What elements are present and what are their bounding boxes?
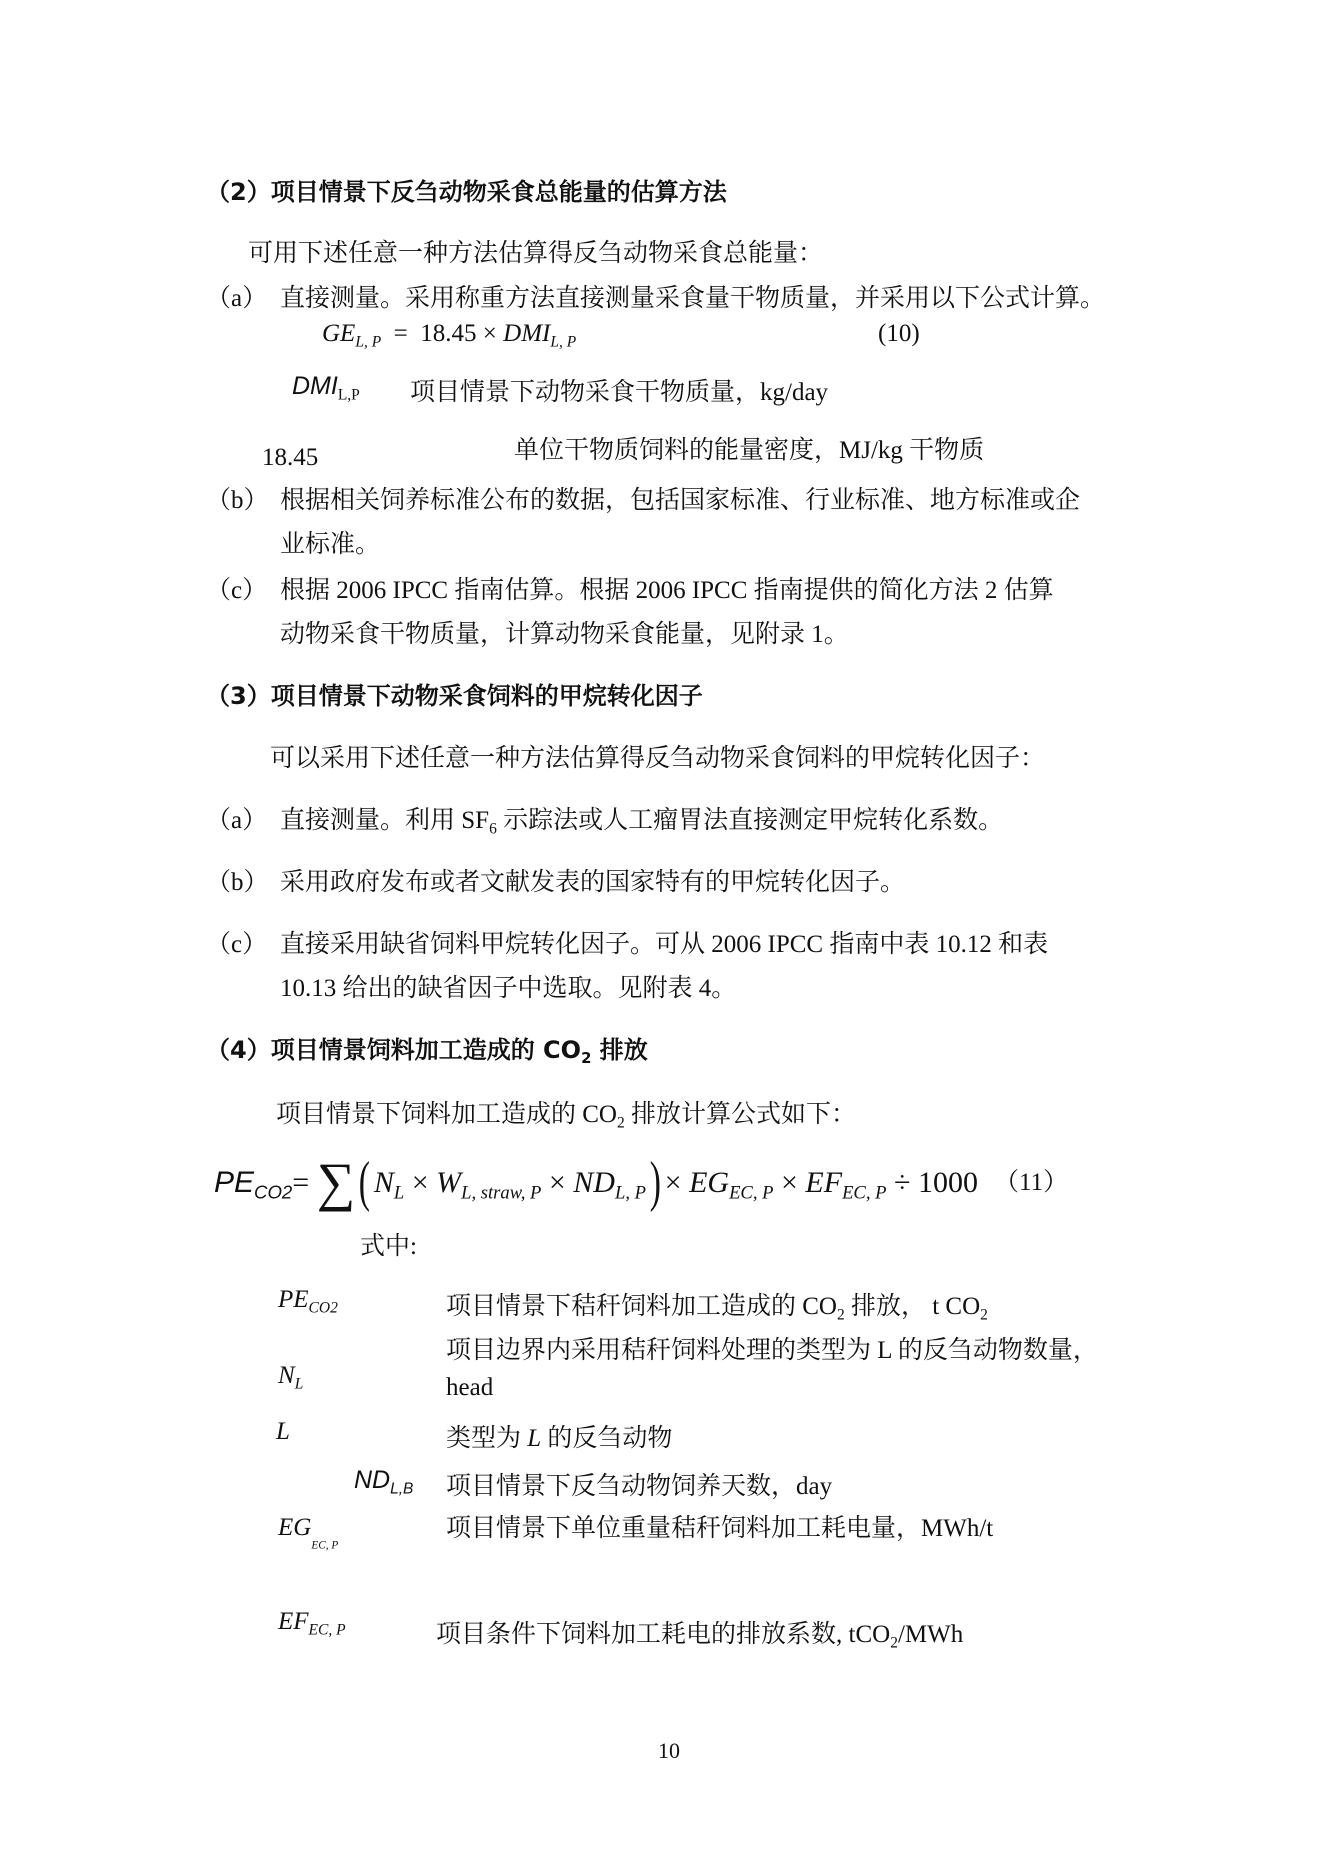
item-c-label: （c） <box>206 570 267 606</box>
def-n-symbol: NL <box>278 1362 303 1393</box>
section-2-heading: （2）项目情景下反刍动物采食总能量的估算方法 <box>206 172 727 207</box>
s3-item-a-text: 直接测量。利用 SF6 示踪法或人工瘤胃法直接测定甲烷转化系数。 <box>280 800 1003 838</box>
def-nd-text: 项目情景下反刍动物饲养天数，day <box>446 1466 832 1502</box>
section-3-intro: 可以采用下述任意一种方法估算得反刍动物采食饲料的甲烷转化因子： <box>270 738 1045 774</box>
item-c-line2: 动物采食干物质量，计算动物采食能量，见附录 1。 <box>280 614 849 650</box>
sigma-symbol: ∑ <box>317 1152 356 1212</box>
section-4-intro: 项目情景下饲料加工造成的 CO2 排放计算公式如下： <box>276 1094 856 1132</box>
def-pe-text: 项目情景下秸秆饲料加工造成的 CO2 排放， t CO2 <box>446 1286 988 1324</box>
def-pe-symbol: PECO2 <box>278 1286 338 1317</box>
def-1845-text: 单位干物质饲料的能量密度，MJ/kg 干物质 <box>514 430 984 466</box>
formula-10-lhs: GE <box>322 320 355 347</box>
def-nd-symbol: NDL,B <box>354 1466 413 1498</box>
def-eg-text: 项目情景下单位重量秸秆饲料加工耗电量，MWh/t <box>446 1508 993 1544</box>
section-2-intro: 可用下述任意一种方法估算得反刍动物采食总能量： <box>248 233 823 269</box>
def-n-text-line2: head <box>446 1374 493 1402</box>
def-n-text-line1: 项目边界内采用秸秆饲料处理的类型为 L 的反刍动物数量， <box>446 1330 1098 1366</box>
formula-11: PECO2= ∑(NL × WL, straw, P × NDL, P)× EG… <box>214 1150 978 1214</box>
item-a-text: 直接测量。采用称重方法直接测量采食量干物质量，并采用以下公式计算。 <box>280 278 1105 314</box>
def-l-symbol: L <box>276 1418 290 1446</box>
item-b-line2: 业标准。 <box>280 524 380 560</box>
section-4-heading: （4）项目情景饲料加工造成的 CO2 排放 <box>206 1030 648 1067</box>
item-a-label: （a） <box>206 278 267 314</box>
s3-item-c-line2: 10.13 给出的缺省因子中选取。见附表 4。 <box>280 968 736 1004</box>
item-c-line1: 根据 2006 IPCC 指南估算。根据 2006 IPCC 指南提供的简化方法… <box>280 570 1054 606</box>
where-label: 式中: <box>360 1226 417 1262</box>
formula-10-number: (10) <box>878 320 920 348</box>
item-b-line1: 根据相关饲养标准公布的数据，包括国家标准、行业标准、地方标准或企 <box>280 480 1080 516</box>
s3-item-b-label: （b） <box>206 862 269 898</box>
def-ef-symbol: EFEC, P <box>278 1608 346 1639</box>
def-dmi-symbol: DMIL,P <box>292 372 360 404</box>
def-ef-text: 项目条件下饲料加工耗电的排放系数, tCO2/MWh <box>436 1614 963 1652</box>
page-number: 10 <box>658 1738 680 1764</box>
def-eg-symbol: EGEC, P <box>278 1514 338 1552</box>
s3-item-a-label: （a） <box>206 800 267 836</box>
s3-item-c-line1: 直接采用缺省饲料甲烷转化因子。可从 2006 IPCC 指南中表 10.12 和… <box>280 924 1048 960</box>
item-b-label: （b） <box>206 480 269 516</box>
formula-10: GEL, P = 18.45 × DMIL, P <box>322 320 576 351</box>
def-l-text: 类型为 L 的反刍动物 <box>446 1418 672 1454</box>
section-3-heading: （3）项目情景下动物采食饲料的甲烷转化因子 <box>206 676 703 711</box>
s3-item-c-label: （c） <box>206 924 267 960</box>
def-dmi-text: 项目情景下动物采食干物质量，kg/day <box>410 372 828 408</box>
formula-11-number: （11） <box>994 1162 1068 1198</box>
def-1845-symbol: 18.45 <box>262 444 318 472</box>
s3-item-b-text: 采用政府发布或者文献发表的国家特有的甲烷转化因子。 <box>280 862 905 898</box>
